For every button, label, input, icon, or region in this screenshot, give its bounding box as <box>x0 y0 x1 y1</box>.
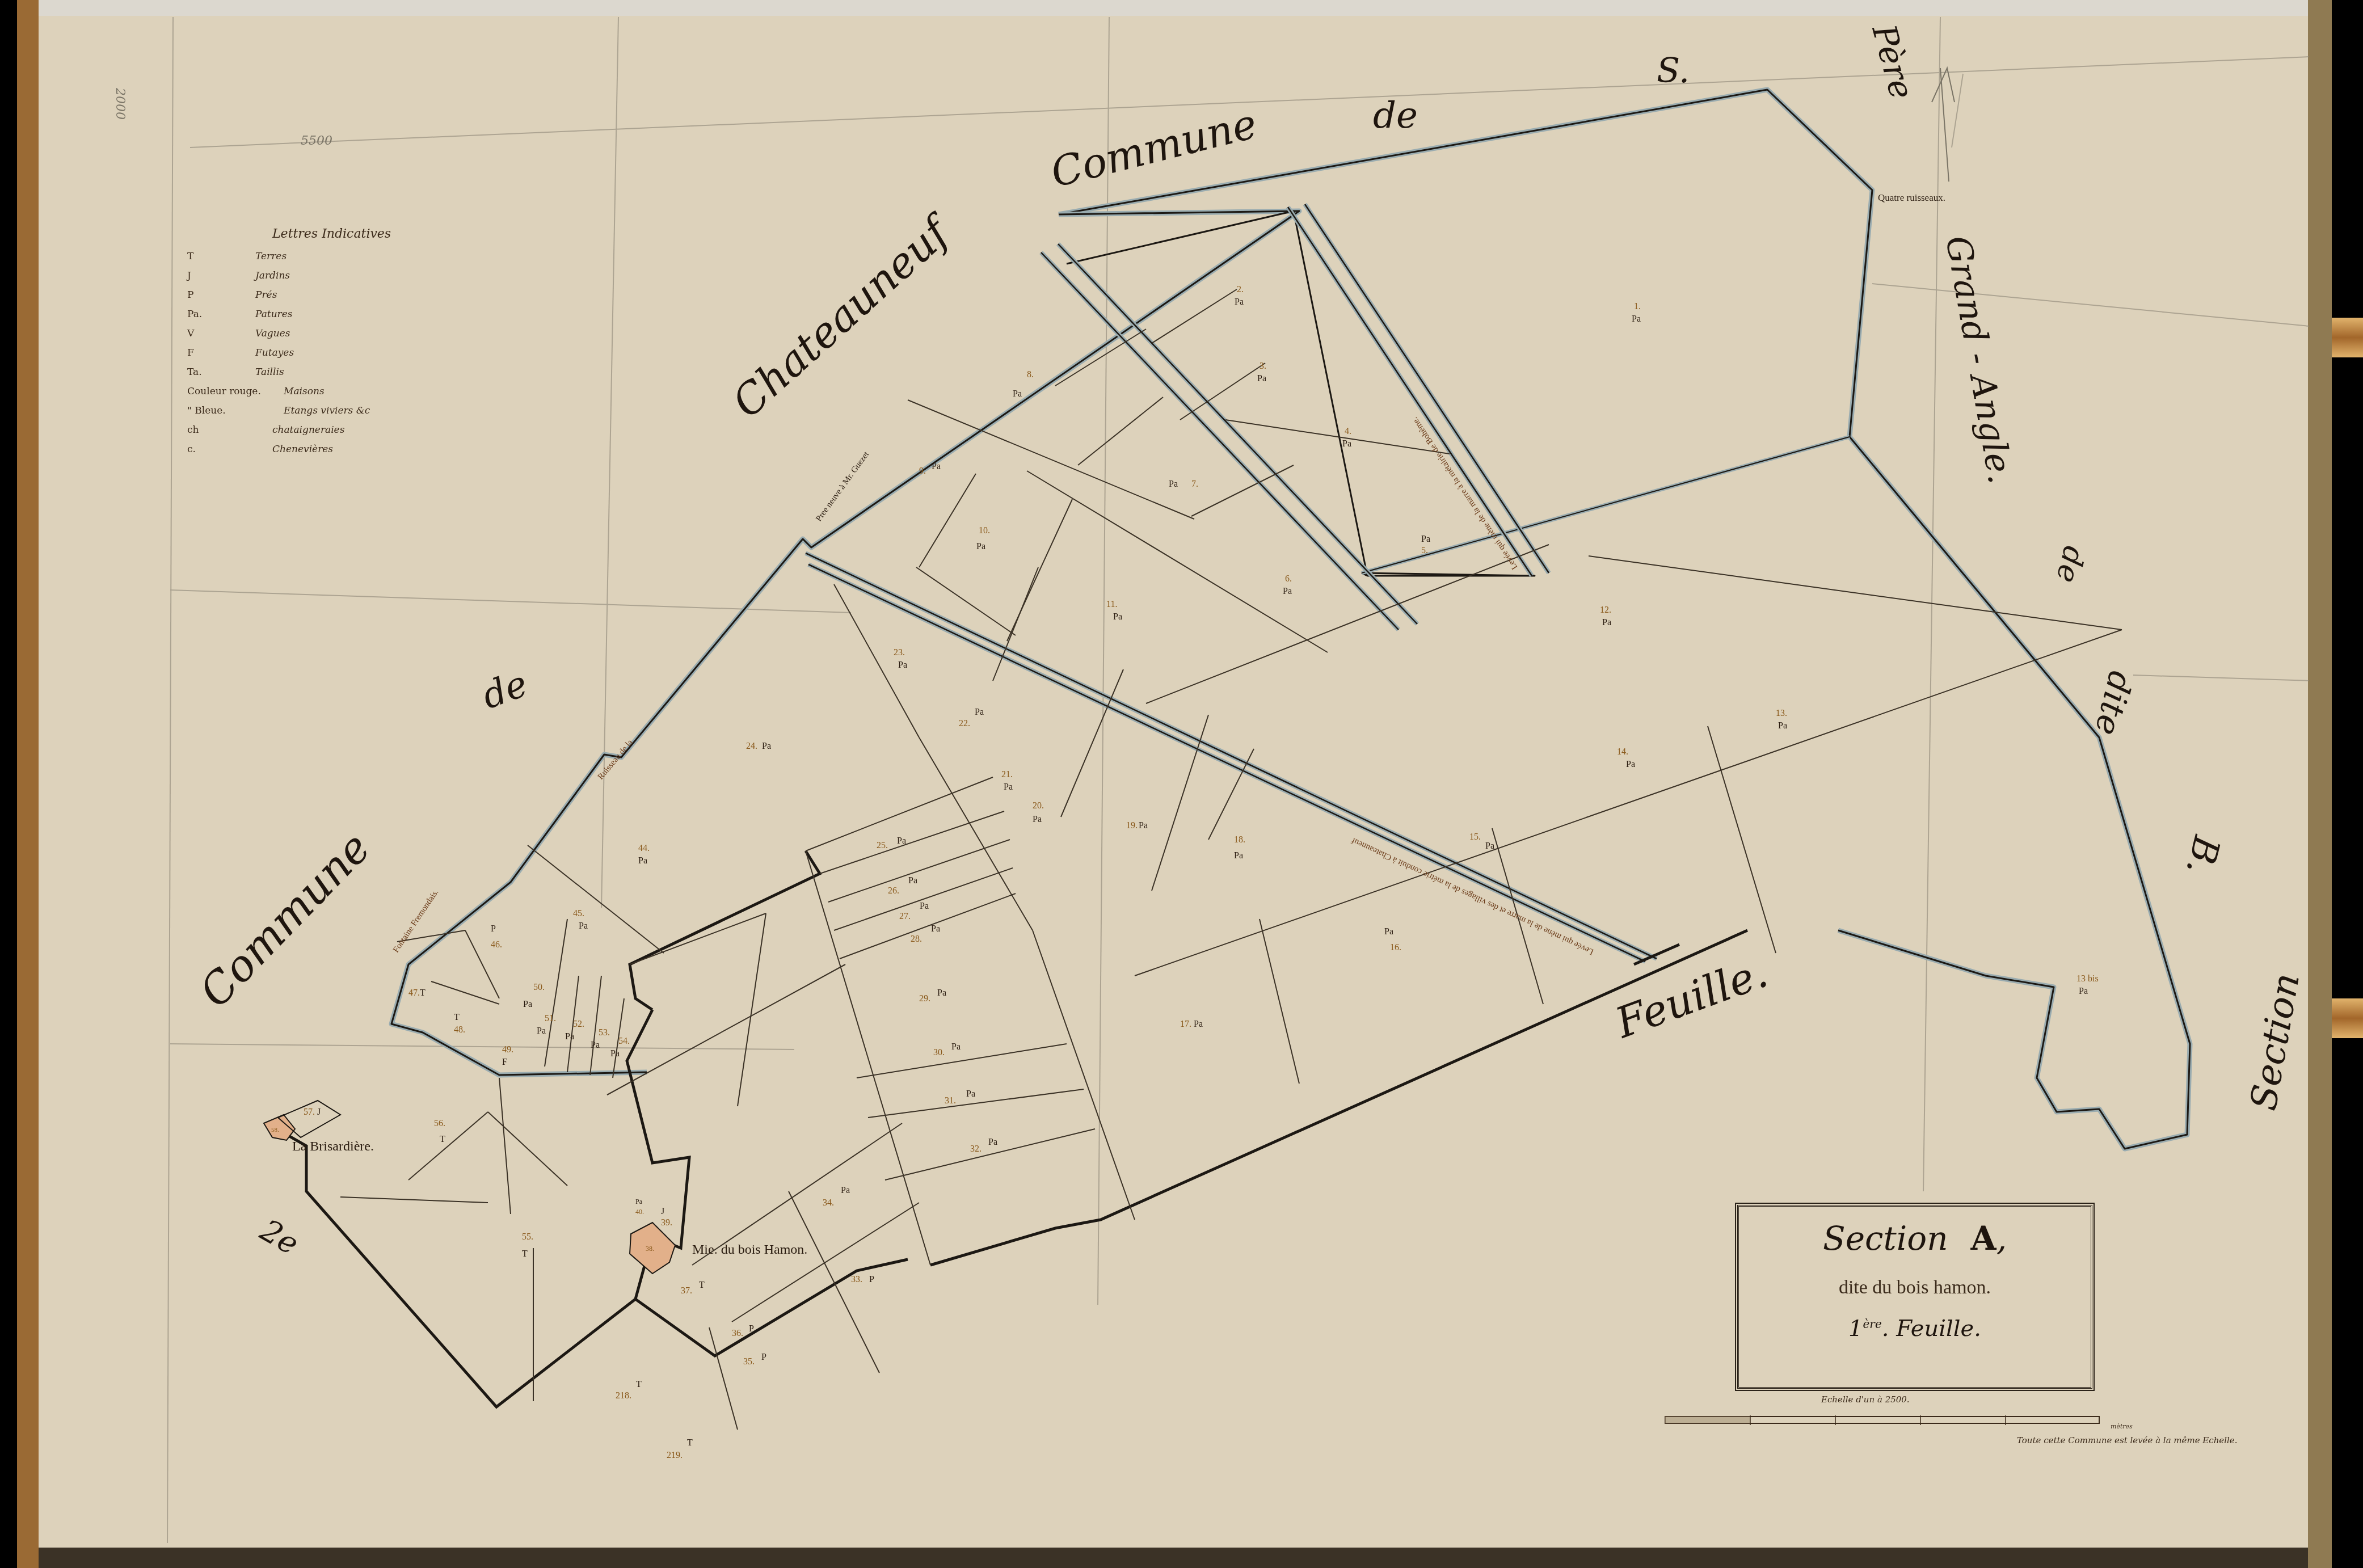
parcel-50[interactable]: 50.Pa <box>523 983 545 1009</box>
svg-text:3.: 3. <box>1260 361 1266 371</box>
svg-text:30.: 30. <box>933 1048 945 1057</box>
houses <box>264 1101 675 1274</box>
label-de-left: de <box>477 663 533 718</box>
label-section-b-letter: B. <box>2177 831 2227 879</box>
svg-text:38.: 38. <box>646 1245 654 1253</box>
label-de-top: de <box>1373 95 1418 137</box>
svg-text:48.: 48. <box>454 1025 465 1035</box>
legend: Lettres Indicatives TTerres JJardins PPr… <box>187 227 403 459</box>
svg-text:Pa: Pa <box>1778 721 1787 731</box>
svg-text:24.: 24. <box>746 741 757 751</box>
parcel-46[interactable]: 46.P <box>491 924 502 950</box>
svg-text:32.: 32. <box>970 1144 982 1154</box>
svg-text:7.: 7. <box>1191 479 1198 489</box>
svg-text:Pa: Pa <box>1234 851 1243 861</box>
parcel-10[interactable]: 10.Pa <box>976 526 990 551</box>
svg-text:Pa: Pa <box>966 1089 975 1099</box>
parcel-24[interactable]: 24.Pa <box>746 741 771 751</box>
parcel-51[interactable]: 51.Pa <box>537 1014 556 1036</box>
sheet-number: 1ère. Feuille. <box>1739 1316 2091 1342</box>
svg-text:47.: 47. <box>408 988 420 998</box>
parcel-25[interactable]: 25.Pa <box>877 836 906 850</box>
svg-text:18.: 18. <box>1234 835 1245 845</box>
svg-text:15.: 15. <box>1469 832 1481 842</box>
parcel-16[interactable]: 16.Pa <box>1384 927 1401 952</box>
legend-item: Pa.Patures <box>187 305 403 324</box>
legend-item: Ta.Taillis <box>187 363 403 382</box>
svg-text:8.: 8. <box>1027 370 1034 380</box>
parcel-45[interactable]: 45.Pa <box>573 909 588 931</box>
svg-text:Pa: Pa <box>908 876 917 886</box>
svg-text:1.: 1. <box>1634 302 1641 311</box>
scale-caption: Echelle d'un à 2500. <box>1821 1394 1910 1405</box>
parcel-12[interactable]: 12.Pa <box>1600 605 1611 627</box>
svg-text:44.: 44. <box>638 844 650 853</box>
parcel-30[interactable]: 30.Pa <box>933 1042 961 1057</box>
svg-text:P: P <box>749 1324 754 1334</box>
parcel-15[interactable]: 15.Pa <box>1469 832 1494 851</box>
legend-item: PPrés <box>187 285 403 305</box>
svg-text:T: T <box>687 1438 693 1448</box>
svg-text:52.: 52. <box>573 1019 584 1029</box>
svg-text:218.: 218. <box>616 1391 631 1401</box>
parcel-56[interactable]: 56.T <box>434 1119 445 1144</box>
svg-text:14.: 14. <box>1617 747 1628 757</box>
section-letter: A <box>1971 1219 1996 1258</box>
parcel-20[interactable]: 20.Pa <box>1033 801 1044 824</box>
svg-text:16.: 16. <box>1390 943 1401 952</box>
svg-text:13.: 13. <box>1776 709 1787 718</box>
levee-roads <box>806 204 1679 964</box>
svg-text:4.: 4. <box>1345 427 1351 436</box>
svg-text:Pa: Pa <box>1013 389 1022 399</box>
svg-text:11.: 11. <box>1106 600 1117 609</box>
svg-text:39.: 39. <box>661 1218 672 1228</box>
parcel-35[interactable]: 35.P <box>743 1352 766 1367</box>
parcel-11[interactable]: 11.Pa <box>1106 600 1122 622</box>
legend-item: chchataigneraies <box>187 420 403 440</box>
north-arrow-icon <box>1932 68 1955 182</box>
svg-text:6.: 6. <box>1285 574 1292 584</box>
svg-text:Pa: Pa <box>988 1137 997 1147</box>
svg-text:31.: 31. <box>945 1096 956 1106</box>
parcel-219[interactable]: 219.T <box>667 1438 693 1460</box>
svg-text:Pa: Pa <box>1194 1019 1203 1029</box>
parcel-13[interactable]: 13.Pa <box>1776 709 1787 731</box>
svg-text:2.: 2. <box>1237 285 1244 294</box>
parcel-218[interactable]: 218.T <box>616 1380 642 1401</box>
svg-text:Pa: Pa <box>579 921 588 931</box>
parcel-1[interactable]: 1.Pa <box>1632 302 1641 324</box>
svg-text:19.: 19. <box>1126 821 1138 831</box>
svg-text:50.: 50. <box>533 983 545 992</box>
svg-text:Pa: Pa <box>931 924 940 934</box>
parcel-19[interactable]: 19.Pa <box>1126 821 1148 831</box>
parcel-47[interactable]: 47.T <box>408 988 426 998</box>
svg-text:P: P <box>761 1352 766 1362</box>
label-dite: dite <box>2087 668 2140 739</box>
svg-text:Pa: Pa <box>932 462 941 471</box>
parcel-40[interactable]: 40.Pa <box>635 1198 644 1216</box>
svg-text:Pa: Pa <box>1626 760 1635 769</box>
svg-text:T: T <box>440 1135 445 1144</box>
svg-text:J: J <box>661 1207 664 1216</box>
legend-item: Couleur rouge.Maisons <box>187 382 403 401</box>
parcel-22[interactable]: 22.Pa <box>959 707 984 728</box>
svg-text:T: T <box>699 1280 705 1290</box>
svg-text:Pa: Pa <box>1169 479 1178 489</box>
section-title: SectionA, <box>1739 1219 2091 1258</box>
legend-title: Lettres Indicatives <box>187 227 403 241</box>
svg-text:Pa: Pa <box>1139 821 1148 831</box>
svg-text:17.: 17. <box>1180 1019 1191 1029</box>
parcel-18[interactable]: 18.Pa <box>1234 835 1245 861</box>
label-seuille: Feuille. <box>1608 948 1774 1048</box>
svg-text:51.: 51. <box>545 1014 556 1023</box>
parcel-37[interactable]: 37.T <box>681 1280 705 1296</box>
label-feuille-2: 2e <box>254 1212 305 1262</box>
place-moulin-bois-hamon: Mie. du bois Hamon. <box>692 1242 807 1257</box>
svg-text:26.: 26. <box>888 886 899 896</box>
svg-text:33.: 33. <box>851 1275 862 1284</box>
svg-text:46.: 46. <box>491 940 502 950</box>
svg-text:27.: 27. <box>899 912 911 921</box>
parcel-34[interactable]: 34.Pa <box>823 1186 850 1208</box>
svg-text:T: T <box>636 1380 642 1389</box>
scale-bar[interactable] <box>1665 1415 2099 1425</box>
svg-text:12.: 12. <box>1600 605 1611 615</box>
parcel-29[interactable]: 29.Pa <box>919 988 946 1004</box>
svg-text:Pa: Pa <box>1113 612 1122 622</box>
svg-text:49.: 49. <box>502 1045 513 1055</box>
legend-item: TTerres <box>187 247 403 266</box>
svg-text:Pa: Pa <box>920 901 929 911</box>
parcel-53[interactable]: 53.Pa <box>591 1028 610 1050</box>
svg-text:21.: 21. <box>1001 770 1013 779</box>
title-cartouche: SectionA, dite du bois hamon. 1ère. Feui… <box>1737 1205 2092 1389</box>
svg-text:40.: 40. <box>635 1208 644 1216</box>
svg-text:45.: 45. <box>573 909 584 918</box>
svg-text:34.: 34. <box>823 1198 834 1208</box>
parcel-7[interactable]: 7.Pa <box>1169 479 1198 489</box>
svg-text:Pa: Pa <box>591 1040 600 1050</box>
parcel-31[interactable]: 31.Pa <box>945 1089 975 1106</box>
svg-text:Pa: Pa <box>1283 587 1292 596</box>
svg-text:Pa: Pa <box>898 660 907 670</box>
svg-text:Pa: Pa <box>937 988 946 998</box>
svg-text:P: P <box>491 924 496 934</box>
parcel-6[interactable]: 6.Pa <box>1283 574 1292 596</box>
svg-text:Pa: Pa <box>1235 297 1244 307</box>
svg-text:Pa: Pa <box>523 1000 532 1009</box>
label-de-right: de <box>2049 543 2091 587</box>
svg-text:Pa: Pa <box>610 1049 620 1059</box>
parcel-52[interactable]: 52.Pa <box>565 1019 584 1042</box>
svg-text:23.: 23. <box>894 648 905 657</box>
parcel-55[interactable]: 55.T <box>522 1232 533 1259</box>
svg-text:Pa: Pa <box>1257 374 1266 383</box>
parcel-14[interactable]: 14.Pa <box>1617 747 1635 769</box>
svg-text:36.: 36. <box>732 1329 743 1338</box>
svg-text:56.: 56. <box>434 1119 445 1128</box>
parcel-3[interactable]: 3.Pa <box>1257 361 1266 383</box>
legend-item: VVagues <box>187 324 403 343</box>
svg-text:J: J <box>317 1107 321 1117</box>
svg-text:Pa: Pa <box>951 1042 961 1052</box>
svg-text:9.: 9. <box>919 466 926 476</box>
parcel-17[interactable]: 17.Pa <box>1180 1019 1203 1029</box>
svg-text:Pa: Pa <box>1342 439 1351 449</box>
svg-text:Pa: Pa <box>841 1186 850 1195</box>
svg-text:57.: 57. <box>304 1107 315 1117</box>
svg-text:10.: 10. <box>979 526 990 536</box>
svg-text:T: T <box>522 1249 528 1259</box>
svg-text:13 bis: 13 bis <box>2076 974 2099 984</box>
svg-text:P: P <box>869 1275 874 1284</box>
parcel-2[interactable]: 2.Pa <box>1235 285 1244 307</box>
scale-note: Toute cette Commune est levée à la même … <box>2017 1435 2237 1445</box>
label-chateauneuf: Chateauneuf <box>723 204 963 427</box>
svg-text:Pa: Pa <box>762 741 771 751</box>
parcel-26[interactable]: 26.Pa <box>888 876 917 896</box>
legend-item: JJardins <box>187 266 403 285</box>
legend-item: FFutayes <box>187 343 403 363</box>
place-brisardiere: La Brisardière. <box>292 1139 374 1154</box>
svg-text:Pa: Pa <box>1421 534 1430 544</box>
svg-text:Pa: Pa <box>897 836 906 846</box>
label-st-top: S. <box>1657 51 1690 91</box>
legend-item: " Bleue.Etangs viviers &c <box>187 401 403 420</box>
parcel-48[interactable]: 48.T <box>454 1013 465 1035</box>
svg-text:5.: 5. <box>1421 546 1428 555</box>
parcel-27[interactable]: 27.Pa <box>899 901 929 921</box>
svg-text:Pa: Pa <box>1384 927 1393 937</box>
svg-text:Pa: Pa <box>537 1026 546 1036</box>
svg-text:37.: 37. <box>681 1286 692 1296</box>
svg-text:22.: 22. <box>959 719 970 728</box>
pencil-note-top: 5500 <box>301 134 332 148</box>
parcel-32[interactable]: 32.Pa <box>970 1137 997 1154</box>
svg-text:F: F <box>502 1057 507 1067</box>
svg-text:Pa: Pa <box>1602 618 1611 627</box>
label-section-b: Section <box>2243 970 2308 1114</box>
svg-text:25.: 25. <box>877 841 888 850</box>
place-levee-chateauneuf: Levée qui mène de la marre et des villag… <box>1350 836 1595 956</box>
svg-text:Pa: Pa <box>1485 841 1494 851</box>
pencil-note-left: 2000 <box>113 87 127 120</box>
svg-text:29.: 29. <box>919 994 930 1004</box>
section-subtitle: dite du bois hamon. <box>1739 1277 2091 1299</box>
svg-text:55.: 55. <box>522 1232 533 1242</box>
scale-unit: mètres <box>2111 1423 2133 1430</box>
svg-text:219.: 219. <box>667 1451 683 1460</box>
legend-item: c.Chenevières <box>187 440 403 459</box>
parcel-38[interactable]: 38. <box>646 1245 654 1253</box>
parcel-44[interactable]: 44.Pa <box>638 844 650 866</box>
svg-text:20.: 20. <box>1033 801 1044 811</box>
label-commune-left: Commune <box>189 822 380 1017</box>
svg-text:Pa: Pa <box>1004 782 1013 792</box>
svg-text:Pa: Pa <box>565 1032 574 1042</box>
parcel-33[interactable]: 33.P <box>851 1275 874 1284</box>
svg-text:T: T <box>420 988 426 998</box>
label-grand-angle: Grand - Angle. <box>1937 233 2020 486</box>
parcel-13bis[interactable]: 13 bisPa <box>2076 974 2099 996</box>
parcel-36[interactable]: 36.P <box>732 1324 754 1338</box>
svg-text:35.: 35. <box>743 1357 755 1367</box>
svg-text:Pa: Pa <box>638 856 647 866</box>
svg-text:Pa: Pa <box>976 542 985 551</box>
svg-text:58.: 58. <box>271 1127 279 1133</box>
label-pere: Père <box>1864 20 1921 103</box>
parcel-58[interactable]: 58. <box>271 1127 279 1133</box>
place-quatre-ruisseaux: Quatre ruisseaux. <box>1878 192 1945 203</box>
svg-text:28.: 28. <box>911 934 922 944</box>
parcel-49[interactable]: 49.F <box>502 1045 513 1067</box>
parcel-39[interactable]: 39.J <box>661 1207 672 1228</box>
svg-text:Pa: Pa <box>1033 815 1042 824</box>
svg-text:54.: 54. <box>618 1036 630 1046</box>
parcel-21[interactable]: 21.Pa <box>1001 770 1013 792</box>
svg-text:53.: 53. <box>599 1028 610 1038</box>
section-boundary <box>267 851 1747 1407</box>
commune-boundary <box>391 90 2190 1149</box>
svg-text:Pa: Pa <box>975 707 984 717</box>
parcel-57[interactable]: 57.J <box>304 1107 321 1117</box>
svg-text:Pa: Pa <box>635 1198 643 1205</box>
svg-text:Pa: Pa <box>2079 987 2088 996</box>
svg-text:T: T <box>454 1013 460 1022</box>
parcel-23[interactable]: 23.Pa <box>894 648 907 670</box>
svg-text:Pa: Pa <box>1632 314 1641 324</box>
